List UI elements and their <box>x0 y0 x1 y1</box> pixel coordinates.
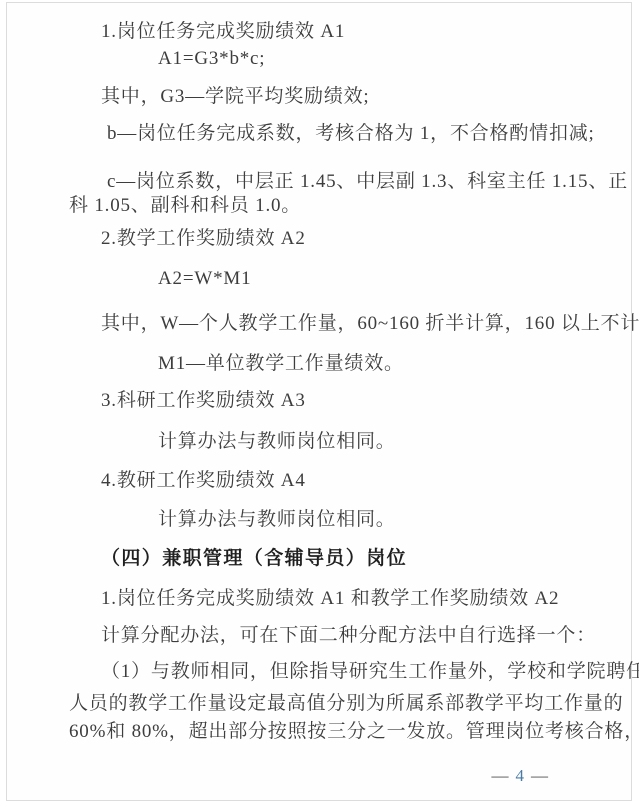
document-page: 1.岗位任务完成奖励绩效 A1 A1=G3*b*c; 其中，G3—学院平均奖励绩… <box>6 2 632 801</box>
doc-line-item-a4: 4.教研工作奖励绩效 A4 <box>101 470 306 492</box>
section-heading-4: （四）兼职管理（含辅导员）岗位 <box>101 548 407 570</box>
doc-line-option-1: （1）与教师相同，但除指导研究生工作量外，学校和学院聘任 <box>101 661 639 683</box>
doc-line-method-intro: 计算分配办法，可在下面二种分配方法中自行选择一个： <box>101 625 596 647</box>
doc-line-def-w: 其中，W—个人教学工作量，60~160 折半计算，160 以上不计; <box>101 313 639 335</box>
page-number-value: 4 <box>516 766 525 785</box>
doc-line-formula-a2: A2=W*M1 <box>158 268 251 290</box>
doc-line-option-1-wrap2: 60%和 80%，超出部分按照按三分之一发放。管理岗位考核合格，发 <box>69 721 639 743</box>
doc-line-def-m1: M1—单位教学工作量绩效。 <box>158 353 404 375</box>
doc-line-def-c-wrap: 科 1.05、副科和科员 1.0。 <box>69 195 301 217</box>
doc-line-item-a2: 2.教学工作奖励绩效 A2 <box>101 228 306 250</box>
page-number-dash-left: — <box>485 766 516 785</box>
doc-line-item-a3: 3.科研工作奖励绩效 A3 <box>101 390 306 412</box>
doc-line-def-b: b—岗位任务完成系数，考核合格为 1，不合格酌情扣减; <box>107 123 595 145</box>
doc-line-option-1-wrap1: 人员的教学工作量设定最高值分别为所属系部教学平均工作量的 <box>69 693 623 715</box>
doc-line-def-c: c—岗位系数，中层正 1.45、中层副 1.3、科室主任 1.15、正 <box>107 171 628 193</box>
doc-line-def-g3: 其中，G3—学院平均奖励绩效; <box>101 86 370 108</box>
doc-line-a4-method: 计算办法与教师岗位相同。 <box>158 509 396 531</box>
doc-line-a3-method: 计算办法与教师岗位相同。 <box>158 431 396 453</box>
doc-line-item-a1: 1.岗位任务完成奖励绩效 A1 <box>101 21 345 43</box>
doc-line-formula-a1: A1=G3*b*c; <box>158 48 265 70</box>
page-number-dash-right: — <box>524 766 555 785</box>
doc-line-item-a1-a2: 1.岗位任务完成奖励绩效 A1 和教学工作奖励绩效 A2 <box>101 588 559 610</box>
page-number: —4— <box>485 766 556 786</box>
